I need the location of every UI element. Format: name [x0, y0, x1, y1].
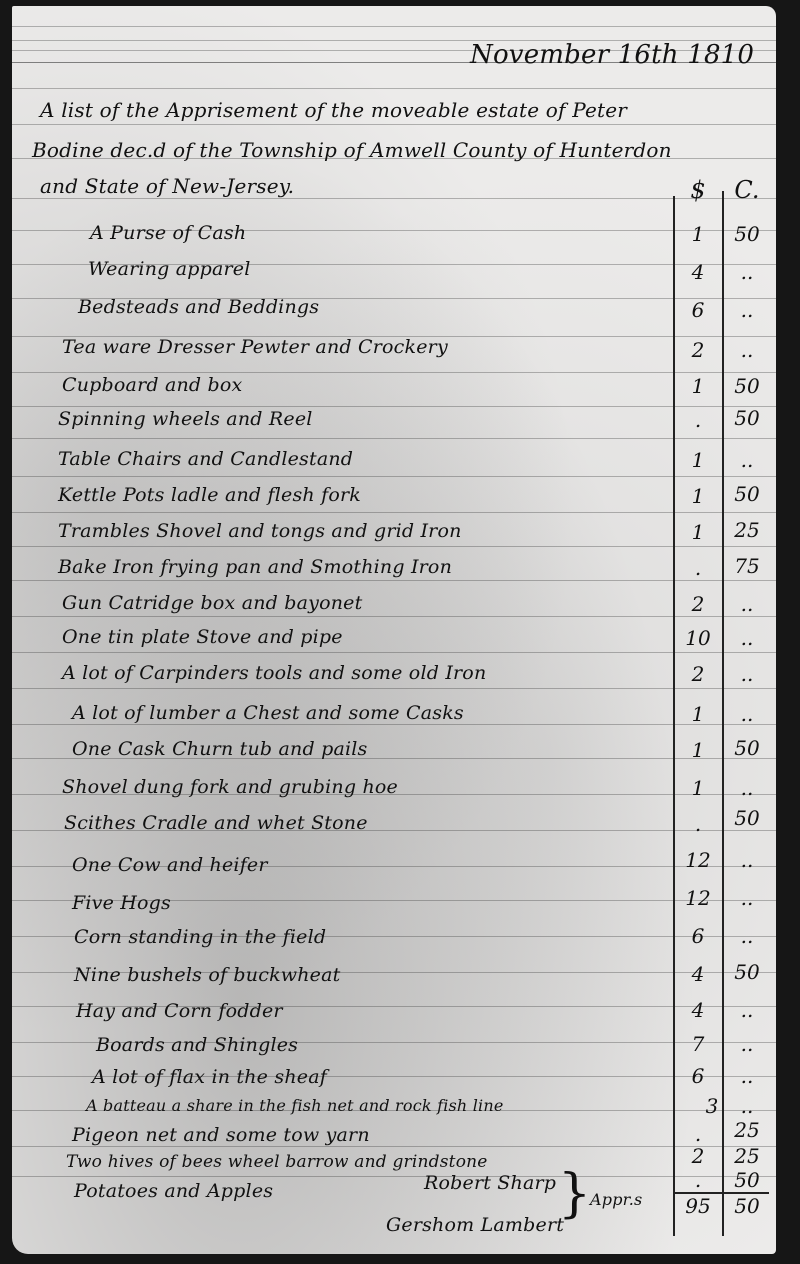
ruled-line — [12, 616, 776, 617]
item-dollars: 12 — [676, 848, 720, 872]
item-cents: .. — [724, 1064, 770, 1088]
item-dollars: 1 — [676, 484, 720, 508]
item-cents: .. — [724, 998, 770, 1022]
item-cents: .. — [724, 338, 770, 362]
item-description: Gun Catridge box and bayonet — [62, 592, 362, 614]
ruled-line — [12, 438, 776, 439]
item-cents: 25 — [724, 1118, 770, 1142]
item-dollars: 12 — [676, 886, 720, 910]
item-dollars: 4 — [676, 260, 720, 284]
document-scan: November 16th 1810 A list of the Apprise… — [0, 0, 800, 1264]
item-description: A lot of flax in the sheaf — [92, 1066, 327, 1088]
item-dollars: 10 — [676, 626, 720, 650]
item-cents: .. — [724, 298, 770, 322]
item-description: Kettle Pots ladle and flesh fork — [58, 484, 361, 506]
item-dollars: 1 — [676, 738, 720, 762]
item-cents: 50 — [724, 482, 770, 506]
item-cents: 50 — [724, 222, 770, 246]
item-description: Scithes Cradle and whet Stone — [64, 812, 368, 834]
item-dollars: 2 — [676, 592, 720, 616]
item-cents: .. — [724, 848, 770, 872]
item-dollars: 4 — [676, 962, 720, 986]
item-description: A lot of Carpinders tools and some old I… — [62, 662, 486, 684]
item-dollars: 1 — [676, 374, 720, 398]
ruled-line — [12, 26, 776, 27]
title-line-2: Bodine dec.d of the Township of Amwell C… — [32, 138, 672, 162]
item-cents: .. — [724, 448, 770, 472]
item-dollars: 1 — [676, 520, 720, 544]
document-date: November 16th 1810 — [470, 40, 754, 70]
item-dollars: 1 — [676, 222, 720, 246]
item-description: Wearing apparel — [88, 258, 251, 280]
ruled-line — [12, 88, 776, 89]
item-description: Bedsteads and Beddings — [78, 296, 319, 318]
item-cents: .. — [724, 886, 770, 910]
item-description: Boards and Shingles — [96, 1034, 298, 1056]
item-description: One tin plate Stove and pipe — [62, 626, 343, 648]
ruled-line — [12, 372, 776, 373]
ruled-line — [12, 580, 776, 581]
item-description: One Cow and heifer — [72, 854, 268, 876]
item-cents: 50 — [724, 374, 770, 398]
dollars-column-rule — [673, 196, 675, 1236]
ruled-line — [12, 1176, 776, 1177]
ruled-line — [12, 1146, 776, 1147]
item-dollars: . — [676, 408, 720, 432]
item-dollars: 6 — [676, 1064, 720, 1088]
item-dollars: 2 — [676, 662, 720, 686]
item-description: Corn standing in the field — [74, 926, 326, 948]
item-description: Table Chairs and Candlestand — [58, 448, 353, 470]
item-dollars: 1 — [676, 776, 720, 800]
ruled-line — [12, 406, 776, 407]
item-dollars: . — [676, 556, 720, 580]
item-description: Nine bushels of buckwheat — [74, 964, 341, 986]
item-cents: 50 — [724, 736, 770, 760]
ruled-line — [12, 124, 776, 125]
item-cents: 50 — [724, 406, 770, 430]
item-description: Tea ware Dresser Pewter and Crockery — [62, 336, 448, 358]
item-description: Hay and Corn fodder — [76, 1000, 283, 1022]
item-description: Pigeon net and some tow yarn — [72, 1124, 370, 1146]
ruled-line — [12, 652, 776, 653]
item-description: Potatoes and Apples — [74, 1180, 273, 1202]
item-cents: .. — [724, 702, 770, 726]
item-description: One Cask Churn tub and pails — [72, 738, 367, 760]
item-cents: .. — [724, 776, 770, 800]
item-description: Trambles Shovel and tongs and grid Iron — [58, 520, 462, 542]
item-dollars: 1 — [676, 702, 720, 726]
dollars-column-header: $ — [676, 176, 720, 204]
item-cents: .. — [724, 662, 770, 686]
item-description: Two hives of bees wheel barrow and grind… — [66, 1152, 488, 1172]
item-dollars: 6 — [676, 924, 720, 948]
item-cents: 50 — [724, 806, 770, 830]
ruled-line — [12, 512, 776, 513]
ruled-line — [12, 198, 776, 199]
ruled-line — [12, 476, 776, 477]
total-cents: 50 — [724, 1194, 770, 1218]
item-description: Five Hogs — [72, 892, 171, 914]
item-dollars: 6 — [676, 298, 720, 322]
item-dollars: 2 — [676, 1144, 720, 1168]
signature-brace: } — [558, 1168, 591, 1220]
item-description: Bake Iron frying pan and Smothing Iron — [58, 556, 452, 578]
item-description: Cupboard and box — [62, 374, 242, 396]
item-cents: 25 — [724, 518, 770, 542]
cents-column-header: C. — [724, 176, 770, 204]
item-dollars: . — [676, 812, 720, 836]
item-cents: 50 — [724, 960, 770, 984]
item-description: A Purse of Cash — [90, 222, 246, 244]
item-cents: 25 — [724, 1144, 770, 1168]
item-description: Shovel dung fork and grubing hoe — [62, 776, 398, 798]
item-cents: 75 — [724, 554, 770, 578]
title-line-3: and State of New-Jersey. — [40, 174, 294, 198]
item-cents: .. — [724, 260, 770, 284]
appraisers-label: Appr.s — [590, 1190, 642, 1209]
item-description: A lot of lumber a Chest and some Casks — [72, 702, 464, 724]
ruled-line — [12, 546, 776, 547]
item-cents: .. — [724, 1094, 770, 1118]
item-dollars: 4 — [676, 998, 720, 1022]
item-cents: .. — [724, 592, 770, 616]
ruled-line — [12, 688, 776, 689]
item-cents: .. — [724, 1032, 770, 1056]
item-dollars: 7 — [676, 1032, 720, 1056]
signature-appraiser-2: Gershom Lambert — [386, 1214, 564, 1236]
item-cents: .. — [724, 924, 770, 948]
item-dollars: 2 — [676, 338, 720, 362]
total-dollars: 95 — [676, 1194, 720, 1218]
item-description: A batteau a share in the fish net and ro… — [86, 1096, 504, 1115]
item-dollars: . — [676, 1122, 720, 1146]
ruled-line — [12, 724, 776, 725]
item-dollars: . — [676, 1168, 720, 1192]
signature-appraiser-1: Robert Sharp — [424, 1172, 556, 1194]
item-cents: 50 — [724, 1168, 770, 1192]
title-line-1: A list of the Apprisement of the moveabl… — [40, 98, 627, 122]
item-dollars: 1 — [676, 448, 720, 472]
item-description: Spinning wheels and Reel — [58, 408, 313, 430]
item-cents: .. — [724, 626, 770, 650]
